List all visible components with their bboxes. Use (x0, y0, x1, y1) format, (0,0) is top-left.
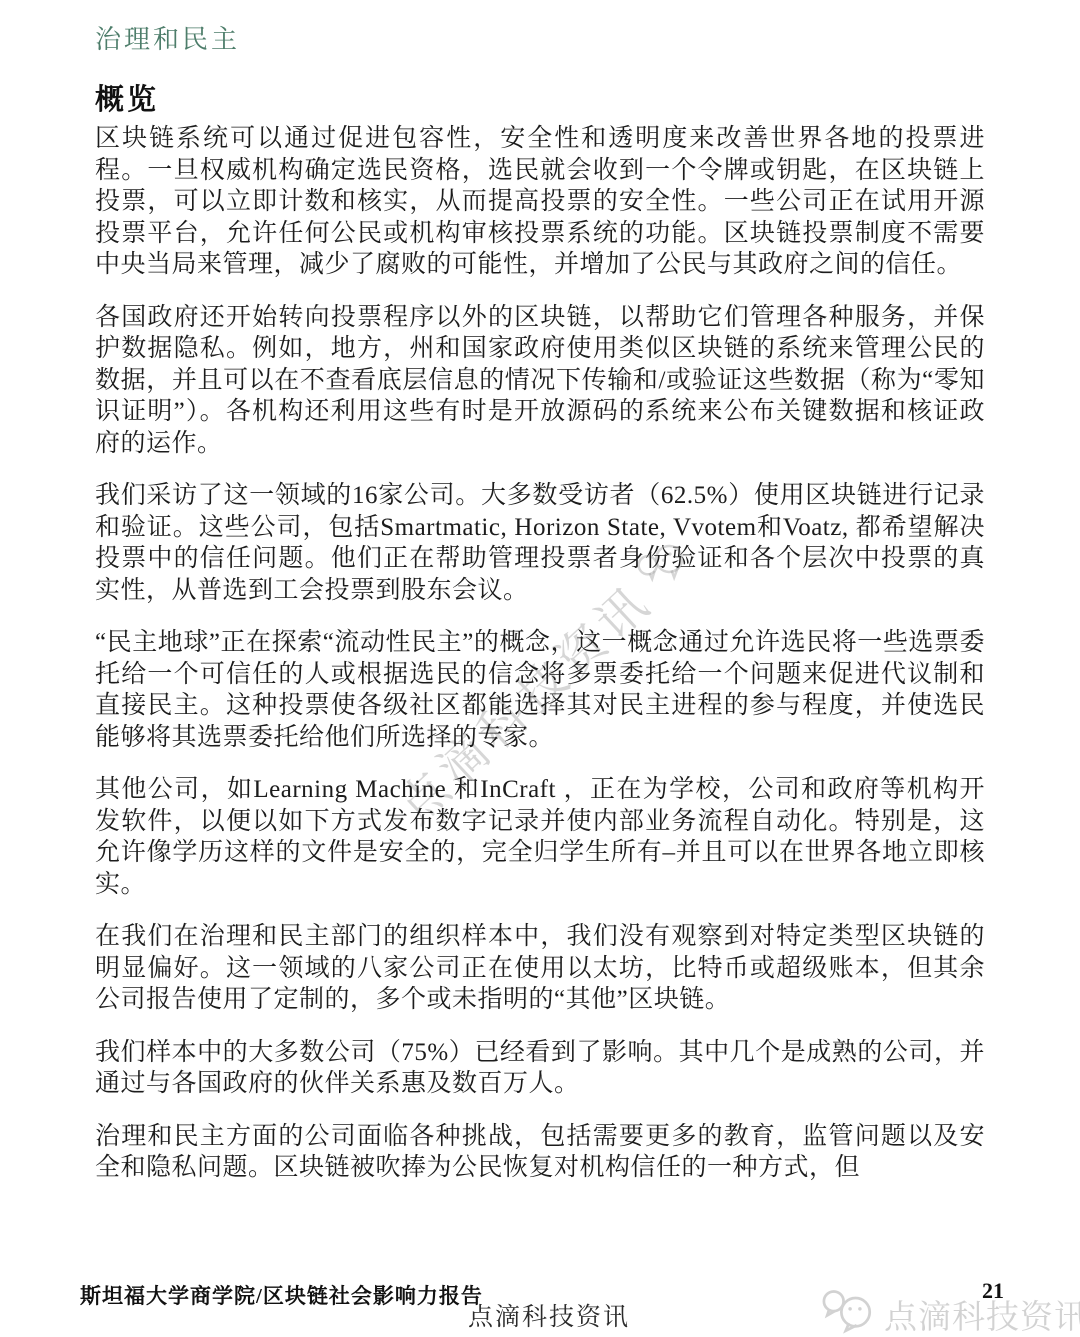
corner-watermark: 点滴科技资讯 (820, 1286, 1080, 1337)
paragraph-government-services: 各国政府还开始转向投票程序以外的区块链，以帮助它们管理各种服务，并保护数据隐私。… (95, 302, 985, 460)
footer-report-title: 斯坦福大学商学院/区块链社会影响力报告 (80, 1280, 483, 1310)
document-page: 点滴科技资讯 治理和民主 概览 区块链系统可以通过促进包容性，安全性和透明度来改… (0, 0, 1080, 1337)
page-number: 21 (982, 1278, 1004, 1304)
page-heading: 概览 (95, 84, 985, 117)
paragraph-blockchain-preference: 在我们在治理和民主部门的组织样本中，我们没有观察到对特定类型区块链的明显偏好。这… (95, 921, 985, 1016)
paragraph-challenges: 治理和民主方面的公司面临各种挑战，包括需要更多的教育，监管问题以及安全和隐私问题… (95, 1121, 985, 1184)
paragraph-impact: 我们样本中的大多数公司（75%）已经看到了影响。其中几个是成熟的公司，并通过与各… (95, 1037, 985, 1100)
paragraph-democracy-earth: “民主地球”正在探索“流动性民主”的概念，这一概念通过允许选民将一些选票委托给一… (95, 627, 985, 753)
footer-center-brand: 点滴科技资讯 (468, 1297, 630, 1333)
paragraph-voting-overview: 区块链系统可以通过促进包容性，安全性和透明度来改善世界各地的投票进程。一旦权威机… (95, 123, 985, 281)
chat-bubbles-icon (820, 1286, 878, 1337)
section-label: 治理和民主 (95, 0, 985, 56)
paragraph-companies-interviewed: 我们采访了这一领域的16家公司。大多数受访者（62.5%）使用区块链进行记录和验… (95, 480, 985, 606)
paragraph-learning-machine: 其他公司，如Learning Machine 和InCraft ，正在为学校，公… (95, 774, 985, 900)
page-content: 治理和民主 概览 区块链系统可以通过促进包容性，安全性和透明度来改善世界各地的投… (0, 0, 1080, 1184)
